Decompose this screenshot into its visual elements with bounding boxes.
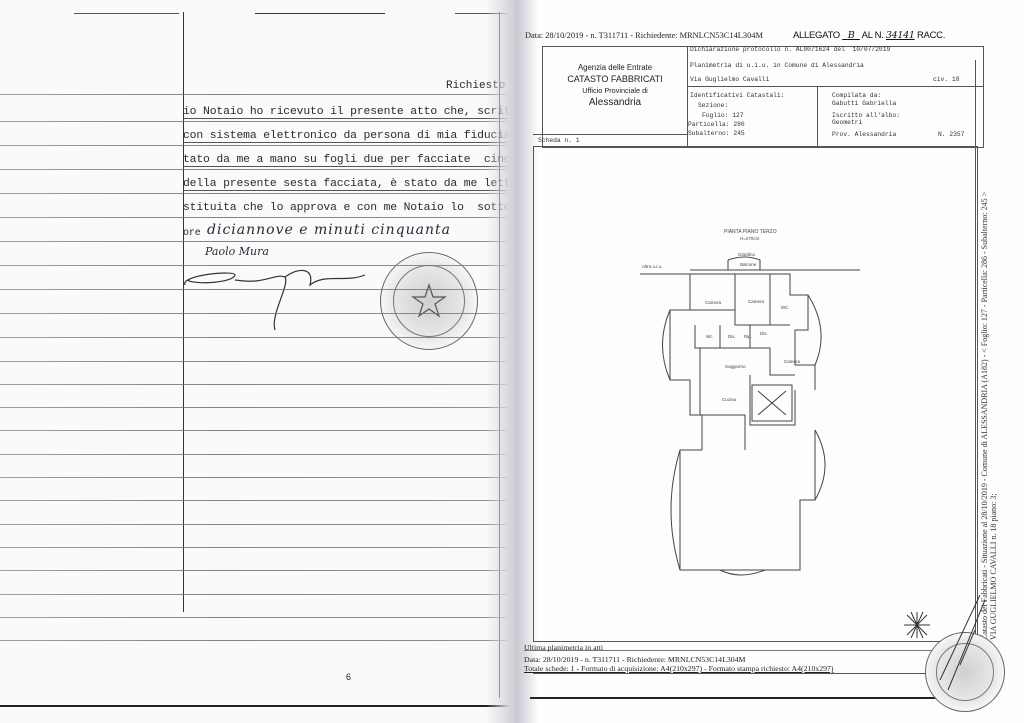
ufficio-city: Alessandria bbox=[545, 97, 685, 108]
ruled-line bbox=[0, 477, 540, 478]
room-label: Camera bbox=[748, 299, 764, 304]
north-arrow-icon bbox=[902, 610, 932, 640]
ruled-line bbox=[0, 241, 540, 242]
footer-box-bottom bbox=[533, 673, 976, 674]
ruled-line bbox=[0, 289, 540, 290]
signature-icon bbox=[930, 590, 990, 700]
ruled-line bbox=[0, 570, 540, 571]
room-label: Rip. bbox=[744, 334, 752, 339]
ultima-planimetria: Ultima planimetria in atti bbox=[524, 643, 603, 652]
ruled-line bbox=[0, 454, 540, 455]
plan-height: H=270cm bbox=[740, 236, 759, 241]
footer-request: Data: 28/10/2019 - n. T311711 - Richiede… bbox=[524, 655, 745, 664]
ruled-line bbox=[0, 524, 540, 525]
divider bbox=[817, 86, 818, 147]
subalterno-field: Subalterno: 245 bbox=[688, 130, 745, 137]
notary-seal-icon bbox=[380, 252, 478, 350]
planimetria-text: Planimetria di u.i.u. in Comune di Aless… bbox=[690, 62, 864, 69]
agency-name: Agenzia delle Entrate bbox=[545, 63, 685, 72]
address-text: Via Guglielmo Cavalli bbox=[690, 76, 769, 83]
room-label: Dis. bbox=[760, 331, 768, 336]
identificativi-title: Identificativi Catastali: bbox=[690, 92, 784, 99]
ruled-line bbox=[0, 94, 540, 95]
ore-label: ore bbox=[183, 228, 201, 239]
room-label: Camera bbox=[705, 300, 721, 305]
room-label: Camera bbox=[784, 359, 800, 364]
ruled-line bbox=[0, 547, 540, 548]
room-label: Cucina bbox=[722, 397, 736, 402]
ruled-line bbox=[0, 384, 540, 385]
ufficio-label: Ufficio Provinciale di bbox=[545, 86, 685, 95]
footer-formats: Totale schede: 1 - Formato di acquisizio… bbox=[524, 664, 834, 673]
rule bbox=[255, 13, 385, 14]
ruled-line bbox=[0, 617, 540, 618]
allegato-label: ALLEGATO bbox=[793, 30, 840, 41]
civic-number: civ. 18 bbox=[933, 76, 959, 83]
room-label: Giardino bbox=[738, 252, 755, 257]
ruled-line bbox=[0, 337, 540, 338]
signature-icon bbox=[175, 255, 405, 335]
racc-label: RACC. bbox=[917, 30, 945, 41]
iscritto-label: Iscritto all'albo: bbox=[832, 112, 900, 119]
catasto-title: CATASTO FABBRICATI bbox=[545, 74, 685, 84]
divider bbox=[533, 134, 687, 135]
request-header: Data: 28/10/2019 - n. T311711 - Richiede… bbox=[525, 31, 763, 40]
room-label: Balcone bbox=[740, 262, 756, 267]
ruled-line bbox=[0, 361, 540, 362]
registration-number: N. 2357 bbox=[938, 131, 964, 138]
bottom-rule bbox=[0, 705, 540, 707]
ruled-line bbox=[0, 217, 540, 218]
ruled-line bbox=[0, 594, 540, 595]
ruled-line bbox=[0, 265, 540, 266]
al-n-value: 34141 bbox=[886, 30, 915, 41]
scheda-label: Scheda n. 1 bbox=[538, 137, 580, 144]
ruled-line bbox=[0, 193, 540, 194]
page-number: 6 bbox=[346, 672, 351, 682]
right-border bbox=[975, 60, 976, 640]
page-bottom-rule bbox=[530, 697, 980, 699]
ruled-line bbox=[0, 500, 540, 501]
address-vertical: VIA GUGLIELMO CAVALLI n. 18 piano: 3; bbox=[989, 493, 998, 640]
foglio-field: Foglio: 127 bbox=[702, 112, 744, 119]
particella-field: Particella: 286 bbox=[688, 121, 745, 128]
albo-value: Geometri bbox=[832, 119, 862, 126]
cadastral-vertical-summary: Catasto dei Fabbricati - Situazione al 2… bbox=[980, 192, 989, 640]
ruled-line bbox=[0, 313, 540, 314]
handwritten-time: diciannove e minuti cinquanta bbox=[207, 222, 451, 238]
room-label: WC bbox=[781, 305, 789, 310]
ruled-line bbox=[0, 640, 540, 641]
ruled-line bbox=[0, 407, 540, 408]
plan-title: PIANTA PIANO TERZO bbox=[724, 229, 777, 235]
room-label: Soggiorno bbox=[725, 364, 746, 369]
divider bbox=[687, 86, 983, 87]
prov-value: Prov. Alessandria bbox=[832, 131, 896, 138]
allegato-stamp: ALLEGATO B AL N. 34141 RACC. bbox=[793, 30, 945, 41]
dichiarazione-text: Dichiarazione protocollo n. AL0071624 de… bbox=[690, 46, 890, 53]
ruled-line bbox=[0, 169, 540, 170]
floor-plan-icon bbox=[640, 250, 870, 620]
ruled-line bbox=[0, 430, 540, 431]
sezione-field: Sezione: bbox=[698, 102, 728, 109]
room-label: Wc bbox=[706, 334, 713, 339]
ruled-line bbox=[0, 145, 540, 146]
room-label: Altra u.i.u. bbox=[642, 264, 662, 269]
rule bbox=[74, 13, 179, 14]
book-gutter bbox=[486, 0, 538, 723]
compilata-label: Compilata da: bbox=[832, 92, 881, 99]
room-label: Dis. bbox=[728, 334, 736, 339]
compilata-name: Gabutti Gabriella bbox=[832, 100, 896, 107]
ruled-line bbox=[0, 121, 540, 122]
allegato-value: B bbox=[848, 30, 855, 41]
al-n-label: AL N. bbox=[862, 30, 884, 41]
